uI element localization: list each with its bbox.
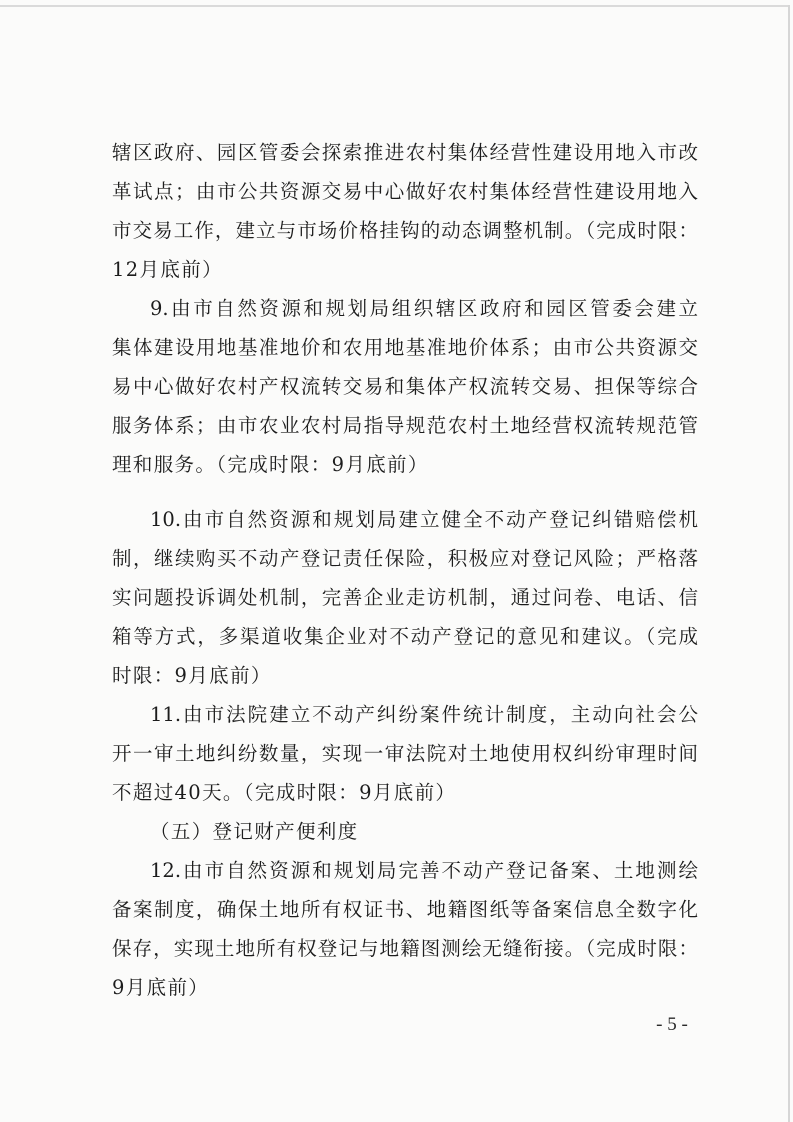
text-line: 不超过40天。（完成时限：9月底前） xyxy=(112,779,698,807)
text-line: 制，继续购买不动产登记责任保险，积极应对登记风险；严格落 xyxy=(112,545,698,573)
text-line: 备案制度，确保土地所有权证书、地籍图纸等备案信息全数字化 xyxy=(112,896,698,924)
text-line: 箱等方式，多渠道收集企业对不动产登记的意见和建议。（完成 xyxy=(112,623,698,651)
section-heading: （五）登记财产便利度 xyxy=(150,818,698,846)
text-line: 12月底前） xyxy=(112,256,698,284)
text-line: 保存，实现土地所有权登记与地籍图测绘无缝衔接。（完成时限： xyxy=(112,935,698,963)
item-11-first-line: 11.由市法院建立不动产纠纷案件统计制度，主动向社会公 xyxy=(150,701,698,729)
item-9-first-line: 9.由市自然资源和规划局组织辖区政府和园区管委会建立 xyxy=(150,295,698,323)
text-line: 革试点；由市公共资源交易中心做好农村集体经营性建设用地入 xyxy=(112,178,698,206)
text-line: 时限：9月底前） xyxy=(112,662,698,690)
text-line: 集体建设用地基准地价和农用地基准地价体系；由市公共资源交 xyxy=(112,334,698,362)
text-line: 实问题投诉调处机制，完善企业走访机制，通过问卷、电话、信 xyxy=(112,584,698,612)
text-line: 易中心做好农村产权流转交易和集体产权流转交易、担保等综合 xyxy=(112,373,698,401)
text-line: 开一审土地纠纷数量，实现一审法院对土地使用权纠纷审理时间 xyxy=(112,740,698,768)
item-12-first-line: 12.由市自然资源和规划局完善不动产登记备案、土地测绘 xyxy=(150,857,698,885)
text-line: 辖区政府、园区管委会探索推进农村集体经营性建设用地入市改 xyxy=(112,139,698,167)
text-line: 理和服务。（完成时限：9月底前） xyxy=(112,451,698,479)
text-line: 9月底前） xyxy=(112,974,698,1002)
document-page: 辖区政府、园区管委会探索推进农村集体经营性建设用地入市改 革试点；由市公共资源交… xyxy=(0,0,793,1122)
page-number: - 5 - xyxy=(652,1012,692,1038)
text-line: 服务体系；由市农业农村局指导规范农村土地经营权流转规范管 xyxy=(112,412,698,440)
item-10-first-line: 10.由市自然资源和规划局建立健全不动产登记纠错赔偿机 xyxy=(150,506,698,534)
text-line: 市交易工作，建立与市场价格挂钩的动态调整机制。（完成时限： xyxy=(112,217,698,245)
